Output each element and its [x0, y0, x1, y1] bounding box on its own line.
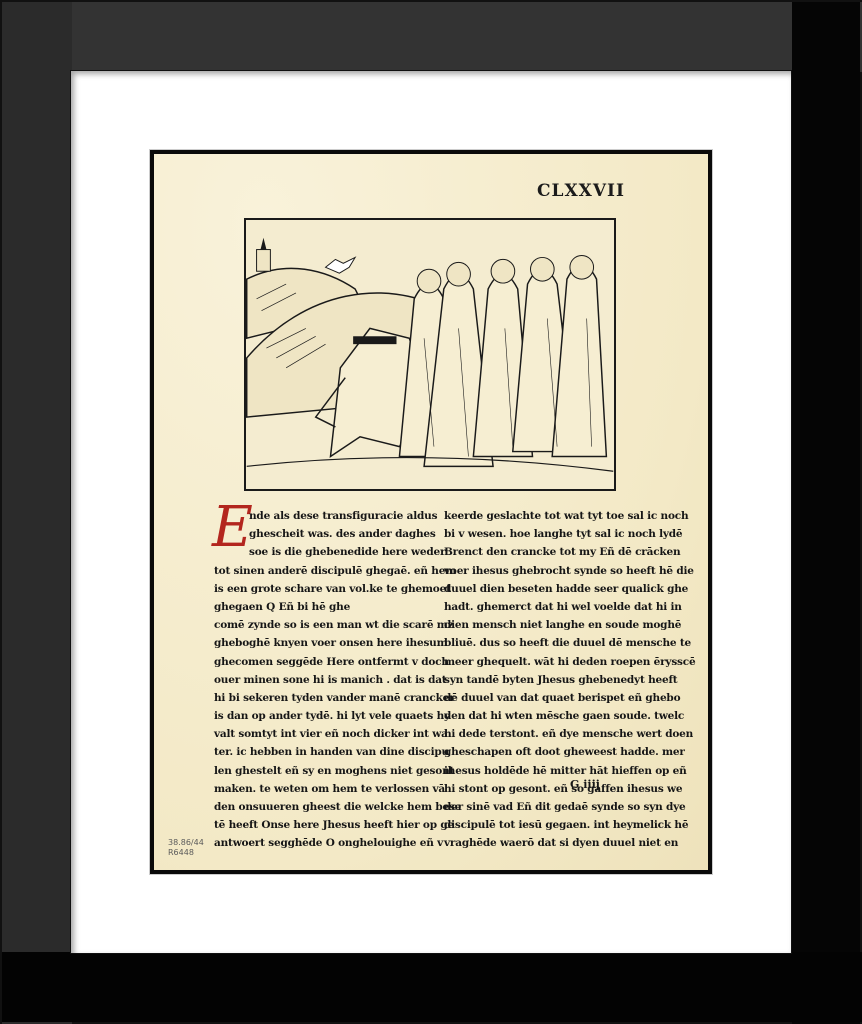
folio-number: CLXXVII [537, 181, 625, 201]
text-line: vraghēde waerō dat si dyen duuel niet en [444, 834, 695, 852]
text-line: is dan op ander tydē. hi lyt vele quaets… [214, 707, 461, 725]
frame-bottom-rail [2, 952, 862, 1022]
text-line: ghescheit was. des ander daghes [214, 525, 461, 543]
woodcut-illustration [244, 218, 616, 491]
woodcut-scene-icon [246, 220, 614, 489]
text-line: hi bi sekeren tyden vander manē crancker [214, 689, 461, 707]
text-column-left: nde als dese transfiguracie aldus ghesch… [214, 507, 461, 853]
text-line: bliuē. dus so heeft die duuel dē mensche… [444, 634, 695, 652]
text-line: bi v wesen. hoe langhe tyt sal ic noch l… [444, 525, 695, 543]
text-line: ter. ic hebben in handen van dine discip… [214, 743, 461, 761]
signature-mark: G iiij [570, 778, 600, 791]
text-line: syn tandē byten Jhesus ghebenedyt heeft [444, 671, 695, 689]
frame-left-rail [2, 2, 72, 1024]
text-line: den onsuueren gheest die welcke hem bese [214, 798, 461, 816]
text-line: der sinē vad Eñ dit gedaē synde so syn d… [444, 798, 695, 816]
text-line: maken. te weten om hem te verlossen vā [214, 780, 461, 798]
text-line: den dat hi wten mēsche gaen soude. twelc [444, 707, 695, 725]
text-line: tot sinen anderē discipulē ghegaē. eñ he… [214, 562, 461, 580]
text-line: comē zynde so is een man wt die scarē mz [214, 616, 461, 634]
text-line: ghecomen seggēde Here ontfermt v doch [214, 653, 461, 671]
text-line: nde als dese transfiguracie aldus [214, 507, 461, 525]
text-line: soe is die ghebenedide here weder [214, 543, 461, 561]
text-line: dē duuel van dat quaet berispet eñ ghebo [444, 689, 695, 707]
inventory-line-1: 38.86/44 [168, 838, 204, 848]
text-line: ghegaen Q Eñ bi hē ghe [214, 598, 461, 616]
text-line: hi dede terstont. eñ dye mensche wert do… [444, 725, 695, 743]
text-column-right: keerde geslachte tot wat tyt toe sal ic … [444, 507, 695, 853]
text-line: antwoert segghēde O onghelouighe eñ v [214, 834, 461, 852]
text-line: meer ghequelt. wāt hi deden roepen ēryss… [444, 653, 695, 671]
text-line: voer ihesus ghebrocht synde so heeft hē … [444, 562, 695, 580]
text-line: keerde geslachte tot wat tyt toe sal ic … [444, 507, 695, 525]
text-line: ouer minen sone hi is manich . dat is da… [214, 671, 461, 689]
inventory-line-2: R6448 [168, 848, 204, 858]
text-line: gheschapen oft doot gheweest hadde. mer [444, 743, 695, 761]
text-line: is een grote schare van vol.ke te ghemoe… [214, 580, 461, 598]
frame-top-rail [2, 2, 862, 72]
text-line: valt somtyt int vier eñ noch dicker int … [214, 725, 461, 743]
text-line: len ghestelt eñ sy en moghens niet geson… [214, 762, 461, 780]
text-line: tē heeft Onse here Jhesus heeft hier op … [214, 816, 461, 834]
text-line: discipulē tot iesū gegaen. int heymelick… [444, 816, 695, 834]
text-line: duuel dien beseten hadde seer qualick gh… [444, 580, 695, 598]
text-line: hadt. ghemerct dat hi wel voelde dat hi … [444, 598, 695, 616]
inventory-number: 38.86/44 R6448 [168, 838, 204, 858]
frame-right-rail [792, 2, 860, 1024]
text-line: Brenct den crancke tot my Eñ dē crācken [444, 543, 695, 561]
text-line: dien mensch niet langhe en soude moghē [444, 616, 695, 634]
text-line: gheboghē knyen voer onsen here ihesum [214, 634, 461, 652]
